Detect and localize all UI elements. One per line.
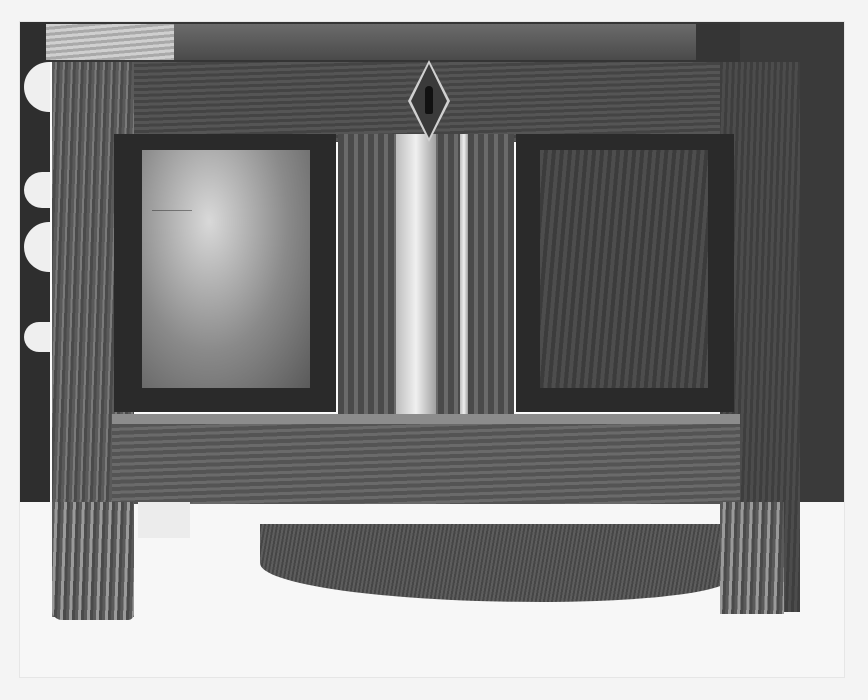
central-muntin (338, 134, 514, 414)
pattern-shape (24, 62, 50, 112)
right-foot (720, 502, 784, 614)
muntin-highlight (396, 134, 436, 414)
pattern-shape (24, 322, 50, 352)
keyhole-icon (425, 86, 433, 114)
lower-rail-edge (112, 414, 740, 424)
photograph (20, 22, 844, 677)
chest-top-board-end (46, 24, 174, 60)
muntin-highlight (460, 134, 468, 414)
lower-rail (112, 414, 740, 504)
left-foot (52, 502, 134, 620)
right-panel (540, 150, 708, 388)
pattern-shape (24, 172, 50, 208)
left-panel (142, 150, 310, 388)
wood-knot (152, 210, 192, 211)
pattern-shape (24, 222, 50, 272)
inner-foot (138, 502, 190, 538)
